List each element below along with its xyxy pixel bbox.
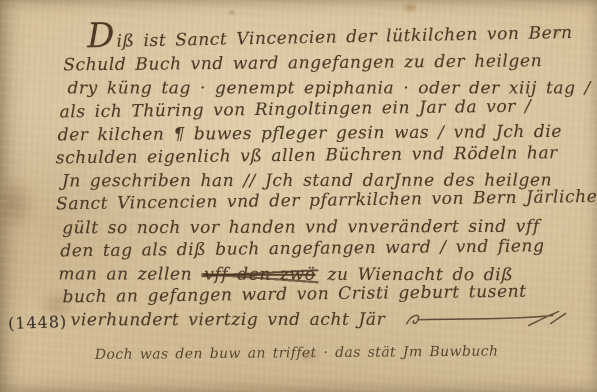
parchment-stain <box>402 2 418 13</box>
footer-note: Doch was den buw an triffet · das stät J… <box>95 342 579 362</box>
margin-year-annotation: (1448) <box>8 312 68 333</box>
manuscript-line-final: vierhundert viertzig vnd acht Jär <box>71 309 579 333</box>
struck-text: vff den zwö <box>201 265 318 285</box>
parchment-stain <box>228 9 236 16</box>
manuscript-line: schulden eigenlich vß allen Büchren vnd … <box>56 142 578 171</box>
manuscript-line: den tag als diß buch angefangen ward / v… <box>60 235 578 264</box>
pen-flourish <box>402 310 572 330</box>
line-text: vierhundert viertzig vnd acht Jär <box>71 310 386 331</box>
manuscript-line: buch an gefangen ward von Cristi geburt … <box>62 280 578 310</box>
parchment-stain <box>0 176 36 232</box>
manuscript-text-block: Diß ist Sanct Vincencien der lütkilchen … <box>57 23 579 362</box>
manuscript-line: Schuld Buch vnd ward angefangen zu der h… <box>63 50 577 78</box>
manuscript-line: Diß ist Sanct Vincencien der lütkilchen … <box>87 16 577 55</box>
line-text: man an zellen <box>58 264 201 284</box>
manuscript-page: Diß ist Sanct Vincencien der lütkilchen … <box>0 0 597 392</box>
